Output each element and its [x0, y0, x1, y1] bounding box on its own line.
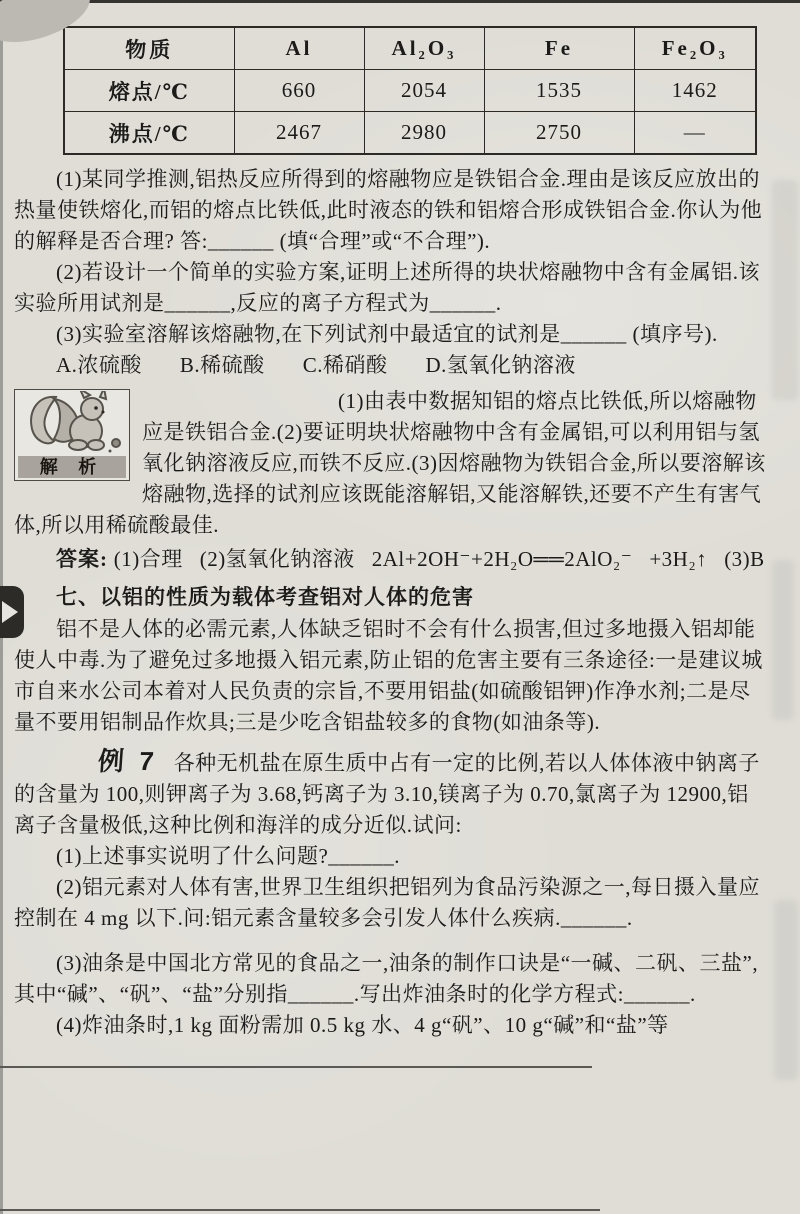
section-heading: 七、以铝的性质为载体考查铝对人体的危害	[14, 582, 770, 613]
question-2-text: (2)若设计一个简单的实验方案,证明上述所得的块状熔融物中含有金属铝.该实验所用…	[14, 260, 760, 315]
example-q1-text: (1)上述事实说明了什么问题?______.	[56, 844, 400, 868]
bleed-smudge	[772, 180, 798, 400]
section-intro: 铝不是人体的必需元素,人体缺乏铝时不会有什么损害,但过多地摄入铝却能使人中毒.为…	[14, 614, 770, 738]
textbook-page: 物质 Al Al₂O₃ Fe Fe₂O₃ 熔点/℃ 660 2054 1535 …	[0, 0, 800, 1214]
bleed-smudge	[772, 560, 794, 720]
options-row: A.浓硫酸B.稀硫酸C.稀硝酸D.氢氧化钠溶液	[14, 350, 770, 381]
option-b: B.稀硫酸	[180, 353, 265, 377]
table-row: 熔点/℃ 660 2054 1535 1462	[64, 70, 756, 112]
table-header-row: 物质 Al Al₂O₃ Fe Fe₂O₃	[64, 27, 756, 70]
example-question-2: (2)铝元素对人体有害,世界卫生组织把铝列为食品污染源之一,每日摄入量应控制在 …	[14, 872, 770, 934]
page-crease-line	[0, 1066, 592, 1068]
question-3-text: (3)实验室溶解该熔融物,在下列试剂中最适宜的试剂是______ (填序号).	[56, 322, 718, 346]
table-header-cell: Al	[234, 27, 364, 70]
table-cell: 2980	[364, 112, 484, 155]
option-d: D.氢氧化钠溶液	[425, 353, 575, 377]
example-question-4: (4)炸油条时,1 kg 面粉需加 0.5 kg 水、4 g“矾”、10 g“碱…	[14, 1010, 770, 1041]
table-cell: 2750	[484, 112, 634, 155]
analysis-icon-box: 解 析	[14, 389, 130, 481]
answer-part: (2)氢氧化钠溶液	[200, 547, 355, 571]
row-label: 熔点/℃	[64, 70, 234, 112]
triangle-icon	[2, 601, 18, 623]
answer-part: +3H₂↑	[649, 547, 707, 571]
example-question-3: (3)油条是中国北方常见的食品之一,油条的制作口诀是“一碱、二矾、三盐”,其中“…	[14, 948, 770, 1010]
example-q4-text: (4)炸油条时,1 kg 面粉需加 0.5 kg 水、4 g“矾”、10 g“碱…	[56, 1013, 669, 1037]
scan-top-edge	[0, 0, 800, 3]
row-label: 沸点/℃	[64, 112, 234, 155]
example-q3-text: (3)油条是中国北方常见的食品之一,油条的制作口诀是“一碱、二矾、三盐”,其中“…	[14, 951, 758, 1006]
answer-line: 答案: (1)合理(2)氢氧化钠溶液2Al+2OH⁻+2H₂O══2AlO₂⁻+…	[14, 544, 770, 575]
table-cell: 2054	[364, 70, 484, 112]
table-cell: 1535	[484, 70, 634, 112]
answer-label: 答案:	[56, 547, 108, 571]
page-marker-icon	[0, 586, 24, 638]
question-1: (1)某同学推测,铝热反应所得到的熔融物应是铁铝合金.理由是该反应放出的热量使铁…	[14, 164, 770, 257]
table-cell: 1462	[634, 70, 756, 112]
option-a: A.浓硫酸	[56, 353, 142, 377]
question-2: (2)若设计一个简单的实验方案,证明上述所得的块状熔融物中含有金属铝.该实验所用…	[14, 257, 770, 319]
table-header-cell: 物质	[64, 27, 234, 70]
analysis-block: 解 析 (1)由表中数据知铝的熔点比铁低,所以熔融物应是铁铝合金.(2)要证明块…	[14, 386, 770, 541]
table-cell: —	[634, 112, 756, 155]
bleed-smudge	[774, 900, 798, 1080]
example-label: 例 7	[55, 746, 159, 777]
example-q2-text: (2)铝元素对人体有害,世界卫生组织把铝列为食品污染源之一,每日摄入量应控制在 …	[14, 875, 760, 930]
answer-part: (1)合理	[114, 547, 183, 571]
page-crease-line	[0, 1209, 600, 1211]
option-c: C.稀硝酸	[303, 353, 388, 377]
table-cell: 660	[234, 70, 364, 112]
table-header-cell: Fe	[484, 27, 634, 70]
answer-part: 2Al+2OH⁻+2H₂O══2AlO₂⁻	[372, 547, 633, 571]
properties-table: 物质 Al Al₂O₃ Fe Fe₂O₃ 熔点/℃ 660 2054 1535 …	[63, 26, 757, 155]
table-cell: 2467	[234, 112, 364, 155]
section-intro-text: 铝不是人体的必需元素,人体缺乏铝时不会有什么损害,但过多地摄入铝却能使人中毒.为…	[14, 617, 763, 734]
example-question-1: (1)上述事实说明了什么问题?______.	[14, 841, 770, 872]
table-header-cell: Fe₂O₃	[634, 27, 756, 70]
example-7: 例 7各种无机盐在原生质中占有一定的比例,若以人体体液中钠离子的含量为 100,…	[14, 746, 770, 841]
analysis-label: 解 析	[18, 456, 126, 478]
table-header-cell: Al₂O₃	[364, 27, 484, 70]
question-3: (3)实验室溶解该熔融物,在下列试剂中最适宜的试剂是______ (填序号).	[14, 319, 770, 350]
table-row: 沸点/℃ 2467 2980 2750 —	[64, 112, 756, 155]
squirrel-icon	[18, 391, 126, 455]
question-1-text: (1)某同学推测,铝热反应所得到的熔融物应是铁铝合金.理由是该反应放出的热量使铁…	[14, 167, 762, 253]
answer-part: (3)B	[724, 547, 765, 571]
